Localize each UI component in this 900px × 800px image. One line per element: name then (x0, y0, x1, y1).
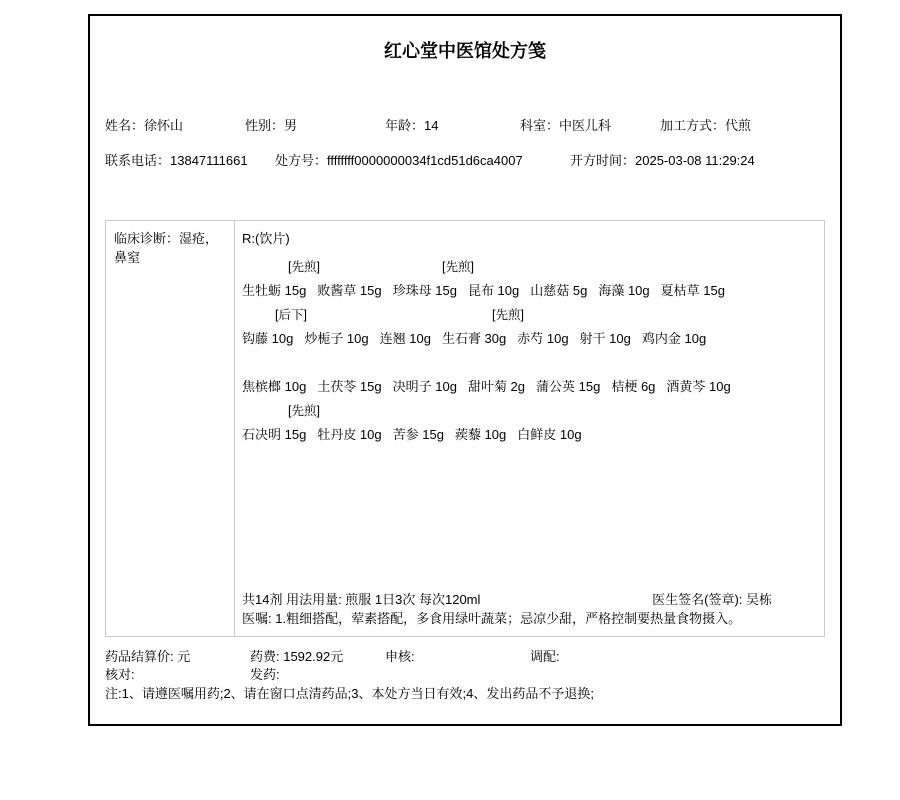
medical-advice: 医嘱: 1.粗细搭配，荤素搭配，多食用绿叶蔬菜；忌凉少甜，严格控制要热量食物摄入… (242, 610, 767, 628)
rx-header-label: R:(饮片) (242, 229, 817, 253)
medicine-item: 连翘 10g (380, 328, 431, 347)
decoction-method-tag: [先煎] (288, 257, 320, 275)
field: 年龄：14 (385, 117, 520, 135)
field: 发药: (250, 666, 280, 684)
field: 加工方式：代煎 (660, 117, 751, 135)
prescription-table: 临床诊断：湿疮，鼻窒 R:(饮片) [先煎][先煎]生牡蛎 15g败酱草 15g… (105, 220, 825, 637)
medicine-item: 鸡内金 10g (642, 328, 706, 347)
decoction-method-tag: [后下] (275, 305, 307, 323)
field: 药品结算价: 元 (105, 648, 250, 666)
medicine-item: 射干 10g (580, 328, 631, 347)
medicine-item: 败酱草 15g (317, 280, 381, 299)
rx-line-tags: [先煎] (242, 397, 817, 421)
medicine-item: 珍珠母 15g (393, 280, 457, 299)
medicine-item: 海藻 10g (598, 280, 649, 299)
medicine-item: 苦参 15g (393, 424, 444, 443)
field: 性别：男 (245, 117, 385, 135)
rx-spacer (242, 445, 817, 590)
field: 申核: (385, 648, 530, 666)
medicine-item: 酒黄芩 10g (666, 376, 730, 395)
medicine-item: 决明子 10g (393, 376, 457, 395)
field: 联系电话：13847111661 (105, 152, 275, 170)
field: 开方时间：2025-03-08 11:29:24 (570, 152, 755, 170)
medicine-item: 炒栀子 10g (304, 328, 368, 347)
rx-line-spacer (242, 349, 817, 373)
field: 处方号：ffffffff0000000034f1cd51d6ca4007 (275, 152, 570, 170)
patient-info-row-2: 联系电话：13847111661处方号：ffffffff0000000034f1… (105, 152, 825, 170)
field: 科室：中医儿科 (520, 117, 660, 135)
medicine-item: 生石膏 30g (442, 328, 506, 347)
patient-info-row-1: 姓名：徐怀山性别：男年龄：14科室：中医儿科加工方式：代煎 (105, 117, 825, 135)
decoction-method-tag: [先煎] (442, 257, 474, 275)
medicine-item: 生牡蛎 15g (242, 280, 306, 299)
doctor-signature: 医生签名(签章): 吴栋 (652, 590, 817, 609)
medicine-item: 桔梗 6g (611, 376, 655, 395)
decoction-method-tag: [先煎] (492, 305, 524, 323)
rx-line-meds: 生牡蛎 15g败酱草 15g珍珠母 15g昆布 10g山慈菇 5g海藻 10g夏… (242, 277, 817, 301)
page-title: 红心堂中医馆处方笺 (105, 40, 825, 62)
footer-row-1: 药品结算价: 元药费: 1592.92元申核:调配: (105, 648, 825, 666)
field: 药费: 1592.92元 (250, 648, 385, 666)
medicine-item: 蒺藜 10g (455, 424, 506, 443)
footer-row-2: 核对:发药: (105, 666, 825, 684)
rx-line-meds: 钩藤 10g炒栀子 10g连翘 10g生石膏 30g赤芍 10g射干 10g鸡内… (242, 325, 817, 349)
rx-line-tags: [后下][先煎] (242, 301, 817, 325)
medicine-item: 蒲公英 15g (536, 376, 600, 395)
medicine-item: 赤芍 10g (517, 328, 568, 347)
field: 核对: (105, 666, 250, 684)
clinical-diagnosis: 临床诊断：湿疮，鼻窒 (106, 221, 235, 636)
medicine-item: 牡丹皮 10g (317, 424, 381, 443)
medicine-item: 钩藤 10g (242, 328, 293, 347)
medicine-item: 山慈菇 5g (530, 280, 587, 299)
rx-lines: [先煎][先煎]生牡蛎 15g败酱草 15g珍珠母 15g昆布 10g山慈菇 5… (242, 253, 817, 445)
medicine-item: 石决明 15g (242, 424, 306, 443)
field: 姓名：徐怀山 (105, 117, 245, 135)
footer-note: 注:1、请遵医嘱用药;2、请在窗口点清药品;3、本处方当日有效;4、发出药品不予… (105, 685, 825, 703)
rx-line-tags: [先煎][先煎] (242, 253, 817, 277)
medicine-item: 土茯苓 15g (317, 376, 381, 395)
medicine-item: 夏枯草 15g (661, 280, 725, 299)
rx-line-meds: 石决明 15g牡丹皮 10g苦参 15g蒺藜 10g白鲜皮 10g (242, 421, 817, 445)
decoction-method-tag: [先煎] (288, 401, 320, 419)
dose-usage-summary: 共14剂 用法用量: 煎服 1日3次 每次120ml (242, 590, 480, 609)
rx-cell: R:(饮片) [先煎][先煎]生牡蛎 15g败酱草 15g珍珠母 15g昆布 1… (235, 221, 824, 636)
medicine-item: 甜叶菊 2g (468, 376, 525, 395)
medicine-item: 焦槟榔 10g (242, 376, 306, 395)
prescription-sheet: 红心堂中医馆处方笺 姓名：徐怀山性别：男年龄：14科室：中医儿科加工方式：代煎 … (88, 14, 842, 726)
rx-summary-row: 共14剂 用法用量: 煎服 1日3次 每次120ml 医生签名(签章): 吴栋 (242, 590, 817, 609)
medicine-item: 昆布 10g (468, 280, 519, 299)
rx-line-meds: 焦槟榔 10g土茯苓 15g决明子 10g甜叶菊 2g蒲公英 15g桔梗 6g酒… (242, 373, 817, 397)
field: 调配: (530, 648, 560, 666)
medicine-item: 白鲜皮 10g (517, 424, 581, 443)
